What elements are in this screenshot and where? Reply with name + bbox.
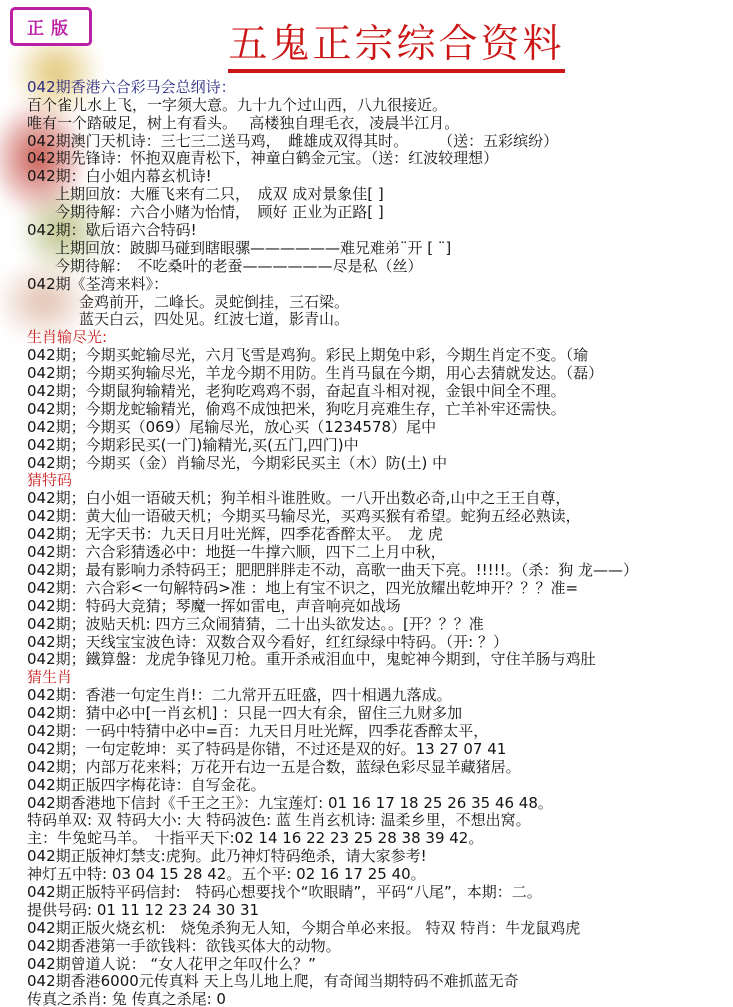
- text-line: 042期；今期买（069）尾输尽光，放心买（1234578）尾中: [27, 419, 729, 437]
- text-line: 042期：六合彩<一句解特码>准 ：地上有宝不识之，四光放耀出乾坤开？？？准=: [27, 580, 729, 598]
- genuine-badge: 正版: [10, 7, 92, 46]
- text-line: 042期；内部万花来料；万花开右边一五是合数，蓝绿色彩尽显羊藏猪居。: [27, 759, 729, 777]
- text-line: 042期香港六合彩马会总纲诗：: [27, 79, 729, 97]
- text-line: 042期《荃湾来料》：: [27, 276, 729, 294]
- text-line: 042期：香港一句定生肖!：二九常开五旺盛，四十相遇九落成。: [27, 687, 729, 705]
- text-line: 042期：歇后语六合特码!: [27, 222, 729, 240]
- text-line: 042期；今期买狗输尽光，羊龙今期不用防。生肖马鼠在今期，用心去猜就发达。（磊）: [27, 365, 729, 383]
- text-line: 上期回放：跛脚马碰到瞎眼骡——————难兄难弟¨开 [ ¨]: [27, 240, 729, 258]
- page: { "badge": { "label": "正版" }, "title": "…: [0, 0, 733, 1007]
- text-line: 042期；一句定乾坤：买了特码是你错，不过还是双的好。13 27 07 41: [27, 741, 729, 759]
- content-lines: 042期香港六合彩马会总纲诗：百个雀儿水上飞，一字须大意。九十九个过山西，八九很…: [0, 79, 733, 1007]
- text-line: 042期曾道人说： “女人花甲之年叹什么？”: [27, 956, 729, 974]
- text-line: 042期；今期买蛇输尽光，六月飞雪是鸡狗。彩民上期兔中彩，今期生肖定不变。（瑜: [27, 347, 729, 365]
- text-line: 今期待解： 不吃桑叶的老蚕——————尽是私（丝）: [27, 258, 729, 276]
- text-line: 蓝天白云，四处见。红波七道，影青山。: [27, 311, 729, 329]
- text-line: 提供号码: 01 11 12 23 24 30 31: [27, 902, 729, 920]
- text-line: 042期；今期彩民买(一门)输精光,买(五门,四门)中: [27, 437, 729, 455]
- text-line: 042期正版神灯禁支:虎狗。此乃神灯特码绝杀，请大家参考!: [27, 848, 729, 866]
- text-line: 042期香港6000元传真料 天上鸟儿地上爬，有奇闻当期特码不难抓蓝无奇: [27, 973, 729, 991]
- text-line: 042期；今期鼠狗输精光，老狗吃鸡鸡不弱，奋起直斗相对视，金银中间全不理。: [27, 383, 729, 401]
- text-line: 042期正版四字梅花诗：自写金花。: [27, 777, 729, 795]
- text-line: 042期香港第一手欲钱料：欲钱买体大的动物。: [27, 938, 729, 956]
- text-line: 042期；最有影响力杀特码王；肥肥胖胖走不动，高歌一曲天下亮。!!!!!。（杀：…: [27, 562, 729, 580]
- genuine-badge-label: 正版: [27, 19, 75, 39]
- text-line: 猜特码: [27, 472, 729, 490]
- text-line: 神灯五中特: 03 04 15 28 42。五个平: 02 16 17 25 4…: [27, 866, 729, 884]
- text-line: 金鸡前开，二峰长。灵蛇倒挂，三石梁。: [27, 294, 729, 312]
- text-line: 生肖输尽光:: [27, 329, 729, 347]
- text-line: 042期香港地下信封《千王之王》：九宝莲灯: 01 16 17 18 25 26…: [27, 795, 729, 813]
- text-line: 042期：黄大仙一语破天机；今期买马输尽光，买鸡买猴有希望。蛇狗五经必熟读，: [27, 508, 729, 526]
- text-line: 唯有一个踏破足，树上有看头。 高楼独自理毛衣，凌晨半江月。: [27, 115, 729, 133]
- text-line: 042期；鐵算盤：龙虎争锋见刀枪。重开杀戒泪血中，鬼蛇神今期到，守住羊肠与鸡肚: [27, 651, 729, 669]
- text-line: 042期；无字天书：九天日月吐光辉，四季花香醉太平。 龙 虎: [27, 526, 729, 544]
- text-line: 特码单双: 双 特码大小: 大 特码波色: 蓝 生肖玄机诗: 温柔乡里，不想出窝…: [27, 812, 729, 830]
- text-line: 042期；白小姐一语破天机；狗羊相斗谁胜败。一八开出数必奇,山中之王王自尊，: [27, 490, 729, 508]
- page-title: 五鬼正宗综合资料: [228, 24, 564, 73]
- text-line: 042期：六合彩猜透必中：地挺一牛撑六顺，四下二上月中秋，: [27, 544, 729, 562]
- text-line: 042期；今期龙蛇输精光，偷鸡不成蚀把米，狗吃月亮难生存，亡羊补牢还需快。: [27, 401, 729, 419]
- text-line: 042期先锋诗：怀抱双鹿青松下，神童白鹤金元宝。（送：红波较理想）: [27, 150, 729, 168]
- text-line: 传真之杀肖: 兔 传真之杀尾: 0: [27, 991, 729, 1007]
- text-line: 042期正版火烧玄机: 烧兔杀狗无人知，今期合单必来报。 特双 特肖：牛龙鼠鸡虎: [27, 920, 729, 938]
- header: 五鬼正宗综合资料: [0, 0, 733, 73]
- text-line: 百个雀儿水上飞，一字须大意。九十九个过山西，八九很接近。: [27, 97, 729, 115]
- text-line: 042期；天线宝宝波色诗：双数合双今看好，红红绿绿中特码。（开: ？）: [27, 634, 729, 652]
- text-line: 042期：特码大竞猜；琴魔一挥如雷电，声音响亮如战场: [27, 598, 729, 616]
- text-line: 042期：猜中必中[一肖玄机] ：只昆一四大有余，留住三九财多加: [27, 705, 729, 723]
- text-line: 042期澳门天机诗：三七三二送马鸡， 雌雄成双得其时。 （送：五彩缤纷）: [27, 133, 729, 151]
- text-line: 猜生肖: [27, 669, 729, 687]
- text-line: 042期正版特平码信封: 特码心想要找个“吹眼睛”，平码“八尾”，本期：二。: [27, 884, 729, 902]
- text-line: 今期待解：六合小赌为怡情， 顾好 正业为正路[ ]: [27, 204, 729, 222]
- text-line: 上期回放：大雁飞来有二只， 成双 成对景象佳[ ]: [27, 186, 729, 204]
- text-line: 主：牛兔蛇马羊。 十指平天下:02 14 16 22 23 25 28 38 3…: [27, 830, 729, 848]
- text-line: 042期；波贴天机: 四方三众闹猜猜，二十出头欲发达。。[开？？？准: [27, 616, 729, 634]
- text-line: 042期：白小姐内幕玄机诗!: [27, 168, 729, 186]
- text-line: 042期：一码中特猜中必中=百：九天日月吐光辉，四季花香醉太平，: [27, 723, 729, 741]
- text-line: 042期；今期买（金）肖输尽光，今期彩民买主（木）防(土) 中: [27, 455, 729, 473]
